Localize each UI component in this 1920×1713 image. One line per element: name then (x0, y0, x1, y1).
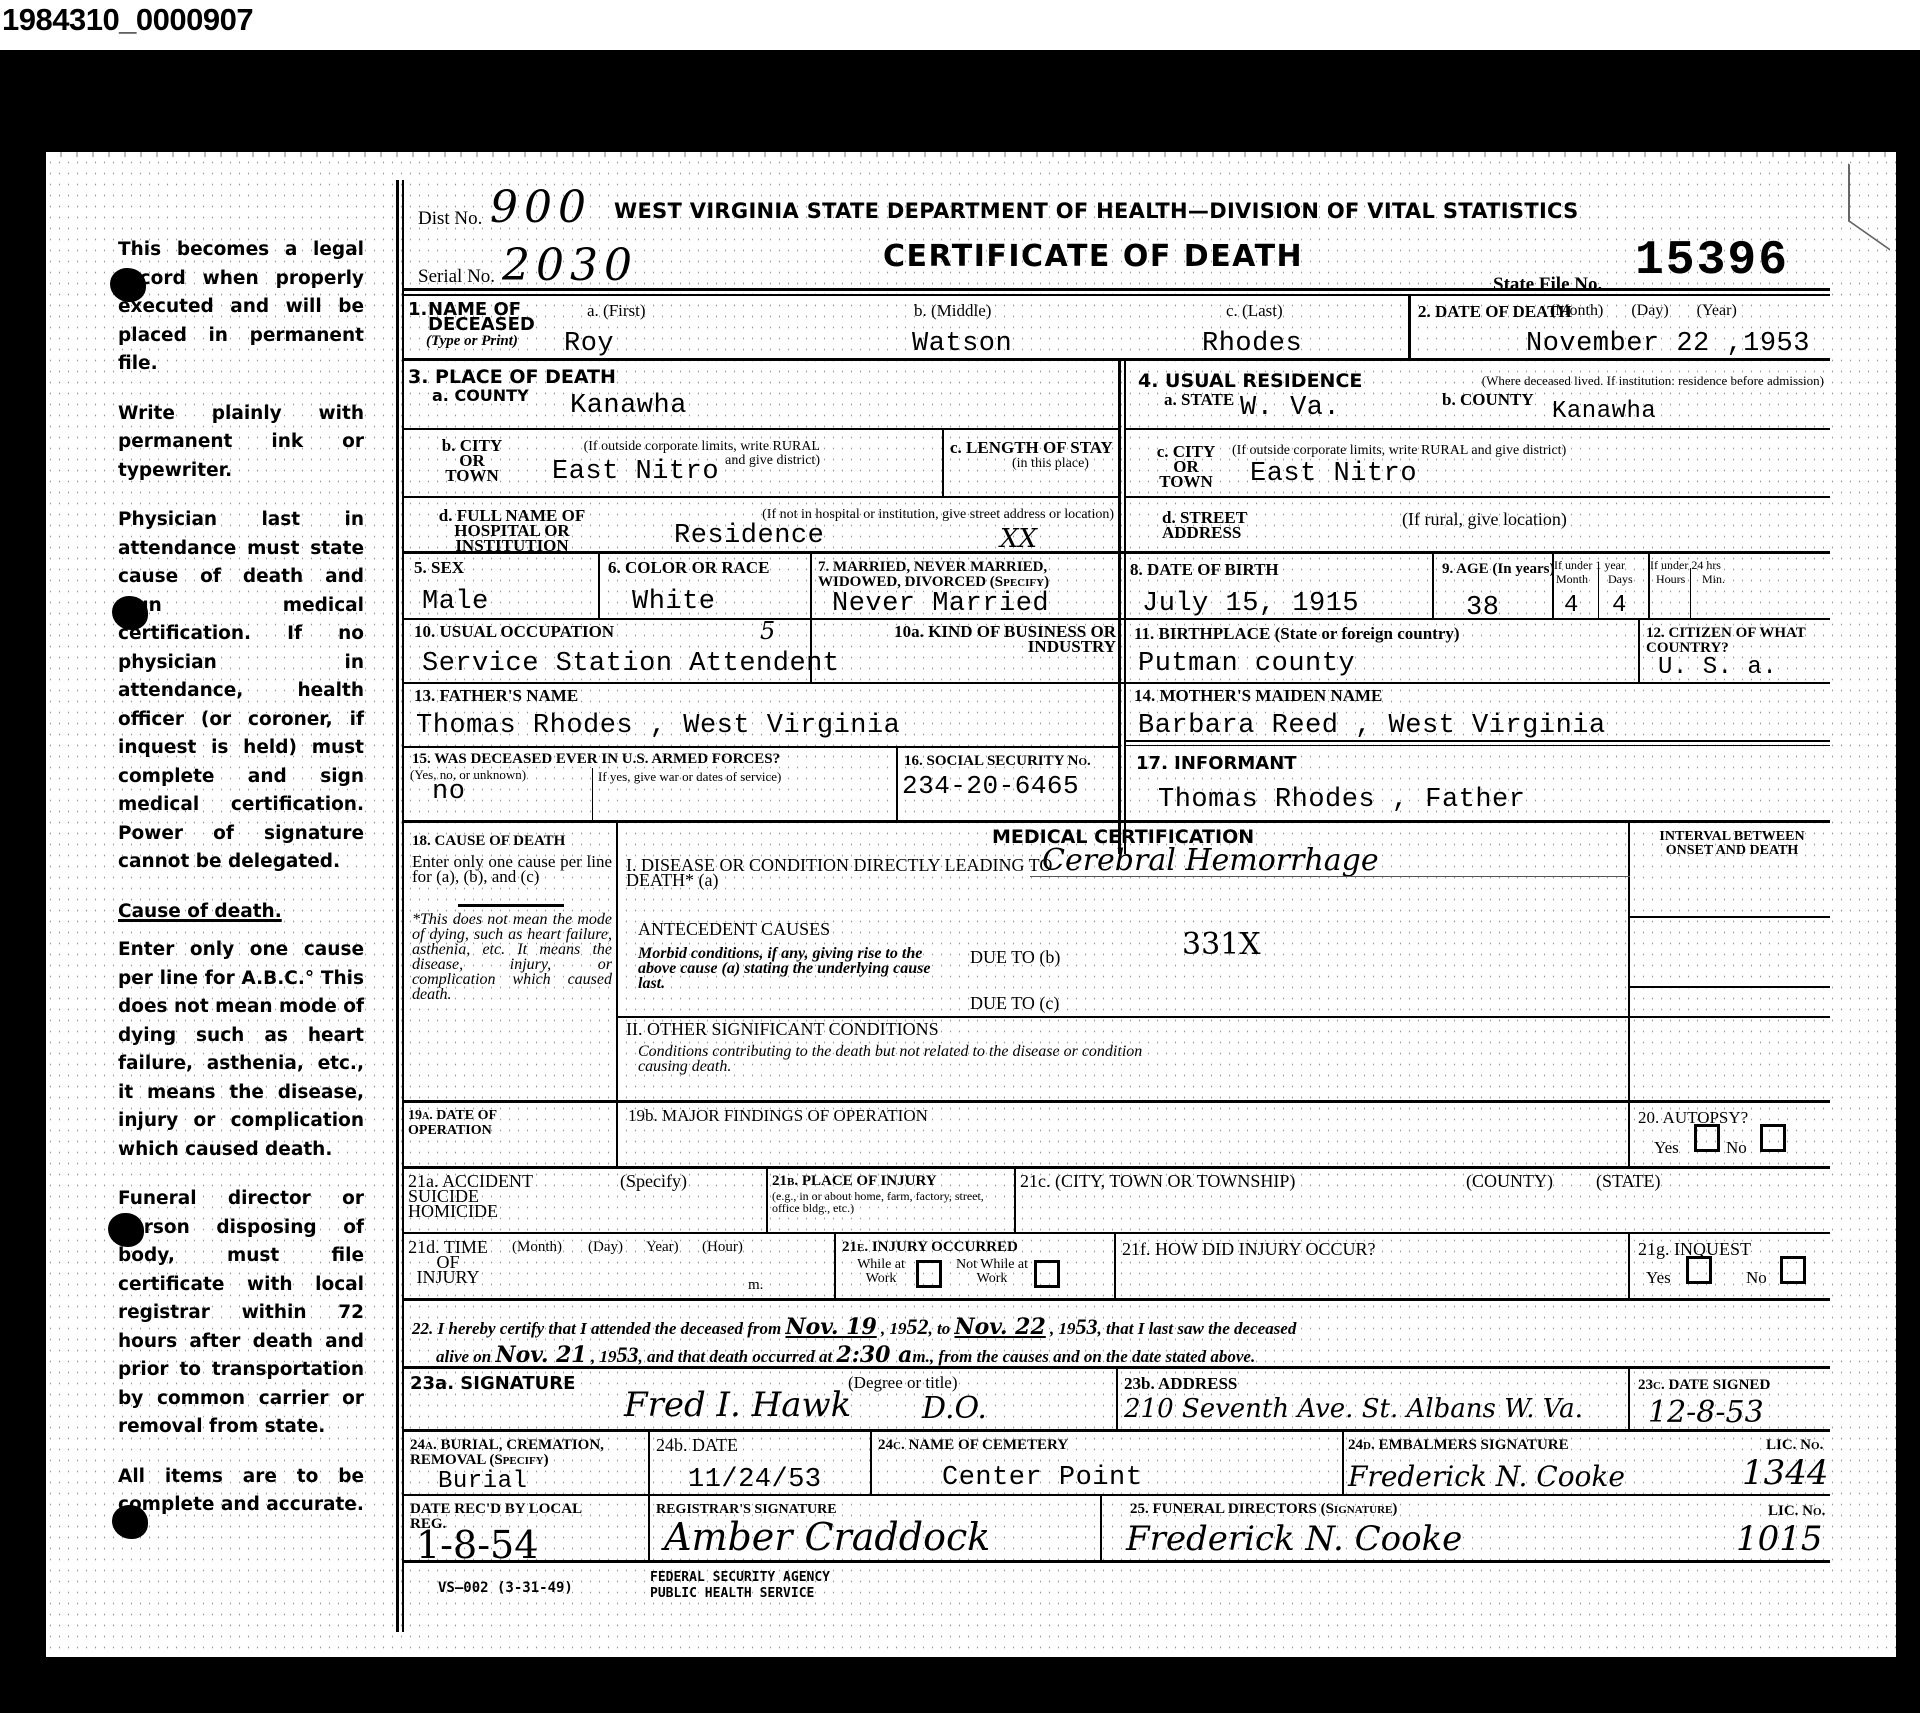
rule (1408, 296, 1411, 358)
place-of-death-label: 3. PLACE OF DEATH (408, 370, 616, 385)
registrar-signature[interactable]: Amber Craddock (664, 1522, 990, 1552)
social-security-label: 16. SOCIAL SECURITY No. (904, 754, 1091, 769)
injury-time-label: 21d. TIME OF INJURY (408, 1240, 488, 1285)
sex-value[interactable]: Male (422, 588, 489, 616)
rule (402, 682, 1830, 684)
rule (1628, 1369, 1630, 1429)
first-name-label: a. (First) (587, 304, 646, 318)
months-value[interactable]: 4 (1564, 592, 1579, 620)
injury-occurred-label: 21e. INJURY OCCURRED (842, 1240, 1018, 1255)
antecedent-label: ANTECEDENT CAUSES (638, 922, 830, 937)
rule (1630, 986, 1830, 988)
due-to-b-value[interactable]: 331X (1182, 930, 1261, 960)
middle-name-label: b. (Middle) (914, 304, 991, 318)
injury-place-label: 21b. PLACE OF INJURY (772, 1174, 937, 1189)
hours-label: Hours (1656, 572, 1685, 586)
due-to-c-label: DUE TO (c) (970, 996, 1059, 1011)
embalmer-signature[interactable]: Frederick N. Cooke (1348, 1462, 1625, 1492)
instruction-cause-heading: Cause of death. (118, 898, 364, 927)
autopsy-yes-label: Yes (1654, 1140, 1679, 1155)
cemetery-value[interactable]: Center Point (942, 1464, 1142, 1492)
mother-value[interactable]: Barbara Reed , West Virginia (1138, 712, 1606, 740)
instruction-legal-record: This becomes a legal record when properl… (118, 236, 364, 379)
length-of-stay-note: (in this place) (1012, 457, 1089, 471)
rule (402, 551, 1830, 554)
injury-m-label: m. (748, 1278, 763, 1292)
burial-date-value[interactable]: 11/24/53 (688, 1466, 822, 1494)
rule (1014, 1169, 1016, 1233)
cemetery-label: 24c. NAME OF CEMETERY (878, 1438, 1068, 1453)
first-name-value[interactable]: Roy (564, 330, 614, 358)
injury-hour-label: (Hour) (702, 1240, 743, 1254)
mother-label: 14. MOTHER'S MAIDEN NAME (1134, 688, 1382, 703)
state-file-no-value[interactable]: 15396 (1635, 234, 1789, 288)
inquest-no-label: No (1746, 1270, 1767, 1285)
rule (942, 430, 944, 496)
residence-city-label: c. CITY OR TOWN (1146, 444, 1226, 489)
cause-label: 18. CAUSE OF DEATH (412, 834, 565, 849)
certificate-title: CERTIFICATE OF DEATH (883, 239, 1303, 274)
funeral-director-signature[interactable]: Frederick N. Cooke (1126, 1524, 1462, 1554)
agency-title: WEST VIRGINIA STATE DEPARTMENT OF HEALTH… (614, 199, 1579, 223)
rule (1628, 823, 1630, 1103)
part1-value[interactable]: Cerebral Hemorrhage (1042, 846, 1379, 876)
embalmer-label: 24d. EMBALMERS SIGNATURE (1348, 1438, 1569, 1453)
instruction-physician: Physician last in attendance must state … (118, 506, 364, 877)
rule (402, 496, 1118, 498)
last-name-value[interactable]: Rhodes (1202, 330, 1302, 358)
rule (618, 1016, 1830, 1018)
rule (1124, 554, 1126, 854)
instruction-funeral-director: Funeral director or person disposing of … (118, 1185, 364, 1442)
death-county-label: a. COUNTY (432, 388, 529, 403)
rule (402, 1166, 1830, 1169)
inquest-yes-checkbox[interactable] (1686, 1256, 1712, 1284)
rule (896, 748, 898, 822)
rule (1638, 620, 1640, 682)
rule (648, 1496, 650, 1560)
inquest-no-checkbox[interactable] (1780, 1256, 1806, 1284)
rule (1630, 916, 1830, 918)
punch-hole-icon (110, 268, 146, 302)
rule (870, 1432, 872, 1494)
death-county-value[interactable]: Kanawha (570, 392, 687, 420)
residence-county-label: b. COUNTY (1442, 392, 1534, 407)
dob-value[interactable]: July 15, 1915 (1142, 590, 1359, 618)
rule (402, 294, 1830, 296)
serial-no-value[interactable]: 2030 (502, 240, 638, 291)
rule (1124, 361, 1126, 551)
inquest-label: 21g. INQUEST (1638, 1242, 1751, 1257)
autopsy-label: 20. AUTOPSY? (1638, 1110, 1748, 1125)
age-label: 9. AGE (In years) (1442, 562, 1555, 577)
injury-year-label: Year) (646, 1240, 679, 1254)
funeral-director-lic-label: LIC. No. (1768, 1504, 1825, 1519)
rule (592, 768, 593, 820)
residence-state-value[interactable]: W. Va. (1240, 394, 1340, 422)
rule (402, 618, 1830, 620)
rule (1118, 361, 1121, 551)
inquest-yes-label: Yes (1646, 1270, 1671, 1285)
burial-method-value[interactable]: Burial (438, 1468, 527, 1496)
operation-findings-label: 19b. MAJOR FINDINGS OF OPERATION (628, 1108, 928, 1123)
armed-forces-label: 15. WAS DECEASED EVER IN U.S. ARMED FORC… (412, 752, 780, 767)
social-security-value[interactable]: 234-20-6465 (902, 772, 1079, 800)
months-label: Month (1556, 572, 1588, 586)
injury-day-label: (Day) (588, 1240, 623, 1254)
name-label: NAME OF DECEASED (428, 302, 558, 332)
last-seen-alive-date[interactable]: Nov. 21 (496, 1342, 587, 1368)
citizen-value[interactable]: U. S. a. (1658, 654, 1777, 682)
embalmer-lic-value[interactable]: 1344 (1742, 1458, 1829, 1488)
footer-agency-line1: FEDERAL SECURITY AGENCY (650, 1570, 830, 1586)
rule (402, 746, 1118, 748)
rule (1116, 1369, 1118, 1429)
attended-from-year[interactable]: 52 (907, 1314, 929, 1339)
punch-hole-icon (112, 596, 148, 630)
rule (402, 1298, 1830, 1301)
birthplace-label: 11. BIRTHPLACE (State or foreign country… (1134, 626, 1460, 641)
injury-state-label: (STATE) (1596, 1174, 1661, 1189)
middle-name-value[interactable]: Watson (912, 330, 1012, 358)
funeral-director-label: 25. FUNERAL DIRECTORS (Signature) (1130, 1502, 1397, 1517)
informant-value[interactable]: Thomas Rhodes , Father (1158, 786, 1525, 814)
form-code: VS—002 (3-31-49) (438, 1580, 573, 1596)
rule (402, 1232, 1830, 1234)
rule (1598, 568, 1599, 618)
race-value[interactable]: White (632, 588, 716, 616)
footer-agency-line2: PUBLIC HEALTH SERVICE (650, 1586, 814, 1602)
death-city-value[interactable]: East Nitro (552, 458, 719, 486)
signature-label: 23a. SIGNATURE (410, 1376, 575, 1391)
attended-to-year[interactable]: 53 (1076, 1314, 1098, 1339)
hospital-note: (If not in hospital or institution, give… (602, 508, 1114, 522)
rule (1126, 740, 1830, 742)
autopsy-yes-checkbox[interactable] (1694, 1124, 1720, 1152)
injury-county-label: (COUNTY) (1466, 1174, 1553, 1189)
occupation-label: 10. USUAL OCCUPATION (414, 624, 614, 639)
usual-residence-label: 4. USUAL RESIDENCE (1138, 374, 1362, 389)
rule (1126, 745, 1830, 746)
certification-line1: 22. I hereby certify that I attended the… (412, 1312, 1296, 1342)
document-id: 1984310_0000907 (2, 2, 253, 50)
under-day-label: If under 24 hrs (1650, 558, 1721, 572)
rule (1126, 428, 1830, 430)
marital-label: 7. MARRIED, NEVER MARRIED, WIDOWED, DIVO… (818, 560, 1118, 590)
burial-method-label: 24a. BURIAL, CREMATION, REMOVAL (Specify… (410, 1438, 650, 1468)
instruction-cause: Enter only one cause per line for A.B.C.… (118, 936, 364, 1164)
race-label: 6. COLOR OR RACE (608, 560, 770, 575)
death-certificate-form: WEST VIRGINIA STATE DEPARTMENT OF HEALTH… (402, 180, 1830, 1600)
not-at-work-checkbox[interactable] (1034, 1260, 1060, 1288)
rule (598, 554, 600, 618)
operation-date-label: 19a. DATE OF OPERATION (408, 1108, 548, 1138)
degree-value[interactable]: D.O. (922, 1394, 987, 1424)
interval-label: INTERVAL BETWEEN ONSET AND DEATH (1638, 830, 1826, 858)
dob-label: 8. DATE OF BIRTH (1130, 562, 1279, 577)
residence-street-note: (If rural, give location) (1402, 512, 1567, 527)
injury-place-note: (e.g., in or about home, farm, factory, … (772, 1190, 1012, 1214)
last-seen-year[interactable]: 53 (617, 1342, 639, 1367)
not-at-work-label: Not While at Work (950, 1258, 1034, 1286)
attended-to-date[interactable]: Nov. 22 (955, 1314, 1046, 1340)
death-time[interactable]: 2:30 a (836, 1342, 912, 1368)
birthplace-value[interactable]: Putman county (1138, 650, 1355, 678)
hospital-label: d. FULL NAME OF HOSPITAL OR INSTITUTION (432, 508, 592, 553)
autopsy-no-checkbox[interactable] (1760, 1124, 1786, 1152)
death-city-label: b. CITY OR TOWN (432, 438, 512, 483)
autopsy-no-label: No (1726, 1140, 1747, 1155)
last-name-label: c. (Last) (1226, 304, 1283, 318)
min-label: Min. (1702, 572, 1725, 586)
date-of-death-value[interactable]: November 22 ,1953 (1526, 330, 1810, 358)
rule (1114, 1234, 1116, 1298)
rule (648, 1432, 650, 1494)
rule (1342, 1432, 1344, 1494)
punch-hole-icon (108, 1213, 144, 1247)
residence-county-value[interactable]: Kanawha (1552, 398, 1656, 426)
father-label: 13. FATHER'S NAME (414, 688, 578, 703)
armed-forces-yesno-label: (Yes, no, or unknown) (410, 768, 526, 782)
instructions-column: This becomes a legal record when properl… (118, 236, 364, 1541)
serial-no-label: Serial No. (418, 266, 495, 288)
date-of-death-label: 2. DATE OF DEATH (1418, 304, 1572, 319)
physician-address-value[interactable]: 210 Seventh Ave. St. Albans W. Va. (1124, 1394, 1583, 1424)
rule (402, 1494, 1830, 1496)
physician-address-label: 23b. ADDRESS (1124, 1376, 1237, 1391)
rule (1126, 496, 1830, 498)
date-signed-value[interactable]: 12-8-53 (1648, 1398, 1764, 1428)
funeral-director-lic-value[interactable]: 1015 (1736, 1524, 1823, 1554)
rule (1100, 1496, 1102, 1560)
residence-street-label: d. STREET ADDRESS (1162, 510, 1282, 540)
under-year-label: If under 1 year (1554, 558, 1625, 572)
rule (1628, 1234, 1630, 1298)
rule (402, 428, 1118, 430)
rule (616, 823, 618, 1103)
rule (402, 1429, 1830, 1432)
cause-instructions: Enter only one cause per line for (a), (… (412, 854, 612, 884)
part1-label: I. DISEASE OR CONDITION DIRECTLY LEADING… (626, 858, 1066, 888)
injury-location-label: 21c. (CITY, TOWN OR TOWNSHIP) (1020, 1174, 1295, 1189)
injury-month-label: (Month) (512, 1240, 562, 1254)
name-label-num: 1. (408, 302, 427, 317)
rule (766, 1169, 768, 1233)
usual-residence-note: (Where deceased lived. If institution: r… (1382, 374, 1824, 387)
injury-how-label: 21f. HOW DID INJURY OCCUR? (1122, 1242, 1376, 1257)
rule (402, 358, 1830, 361)
part2-note: Conditions contributing to the death but… (638, 1044, 1158, 1074)
name-type-note: (Type or Print) (426, 333, 518, 350)
state-file-no-label: State File No. (1493, 274, 1602, 296)
marital-value[interactable]: Never Married (832, 590, 1049, 618)
hospital-value[interactable]: Residence (674, 522, 824, 550)
informant-label: 17. INFORMANT (1136, 756, 1297, 771)
rule (402, 1560, 1830, 1563)
father-value[interactable]: Thomas Rhodes , West Virginia (416, 712, 900, 740)
rule (616, 1103, 618, 1167)
date-signed-label: 23c. DATE SIGNED (1638, 1378, 1770, 1393)
instruction-write-plainly: Write plainly with permanent ink or type… (118, 400, 364, 486)
embalmer-lic-label: LIC. No. (1766, 1438, 1823, 1453)
due-to-b-label: DUE TO (b) (970, 950, 1060, 965)
date-of-death-subheads: (Month) (Day) (Year) (1550, 304, 1737, 318)
rule (1690, 568, 1691, 618)
injury-specify-label: (Specify) (620, 1174, 687, 1189)
days-value[interactable]: 4 (1612, 592, 1627, 620)
rule (402, 288, 1830, 291)
rule (1118, 554, 1121, 854)
while-at-work-label: While at Work (846, 1258, 916, 1286)
rule (458, 904, 564, 907)
instruction-complete: All items are to be complete and accurat… (118, 1463, 364, 1520)
days-label: Days (1608, 572, 1633, 586)
occupation-mark: 5 (760, 616, 775, 646)
rule (1432, 554, 1434, 618)
residence-city-note: (If outside corporate limits, write RURA… (1232, 444, 1566, 458)
occupation-value[interactable]: Service Station Attendent (422, 650, 840, 678)
hospital-mark: XX (1000, 524, 1037, 554)
part2-label: II. OTHER SIGNIFICANT CONDITIONS (626, 1022, 939, 1037)
antecedent-note: Morbid conditions, if any, giving rise t… (638, 946, 938, 991)
physician-signature[interactable]: Fred I. Hawk (624, 1390, 851, 1420)
cause-footnote: *This does not mean the mode of dying, s… (412, 912, 612, 1002)
armed-forces-value[interactable]: no (432, 778, 465, 806)
residence-state-label: a. STATE (1164, 392, 1234, 407)
rule (1628, 1103, 1630, 1167)
attended-from-date[interactable]: Nov. 19 (785, 1314, 876, 1340)
punch-hole-icon (112, 1505, 148, 1539)
while-at-work-checkbox[interactable] (916, 1260, 942, 1288)
dist-no-value[interactable]: 900 (490, 182, 592, 233)
registrar-date-value[interactable]: 1-8-54 (416, 1530, 538, 1560)
injury-type-label: 21a. ACCIDENT SUICIDE HOMICIDE (408, 1174, 538, 1219)
burial-date-label: 24b. DATE (656, 1438, 738, 1453)
sex-label: 5. SEX (414, 560, 464, 575)
citizen-label: 12. CITIZEN OF WHAT COUNTRY? (1646, 626, 1830, 656)
degree-label: (Degree or title) (848, 1376, 958, 1390)
rule (1030, 876, 1630, 877)
business-label: 10a. KIND OF BUSINESS OR INDUSTRY (824, 624, 1116, 654)
length-of-stay-label: c. LENGTH OF STAY (950, 440, 1118, 455)
dist-no-label: Dist No. (418, 208, 482, 230)
armed-forces-service-label: If yes, give war or dates of service) (598, 770, 781, 784)
rule (834, 1234, 836, 1298)
residence-city-value[interactable]: East Nitro (1250, 460, 1417, 488)
